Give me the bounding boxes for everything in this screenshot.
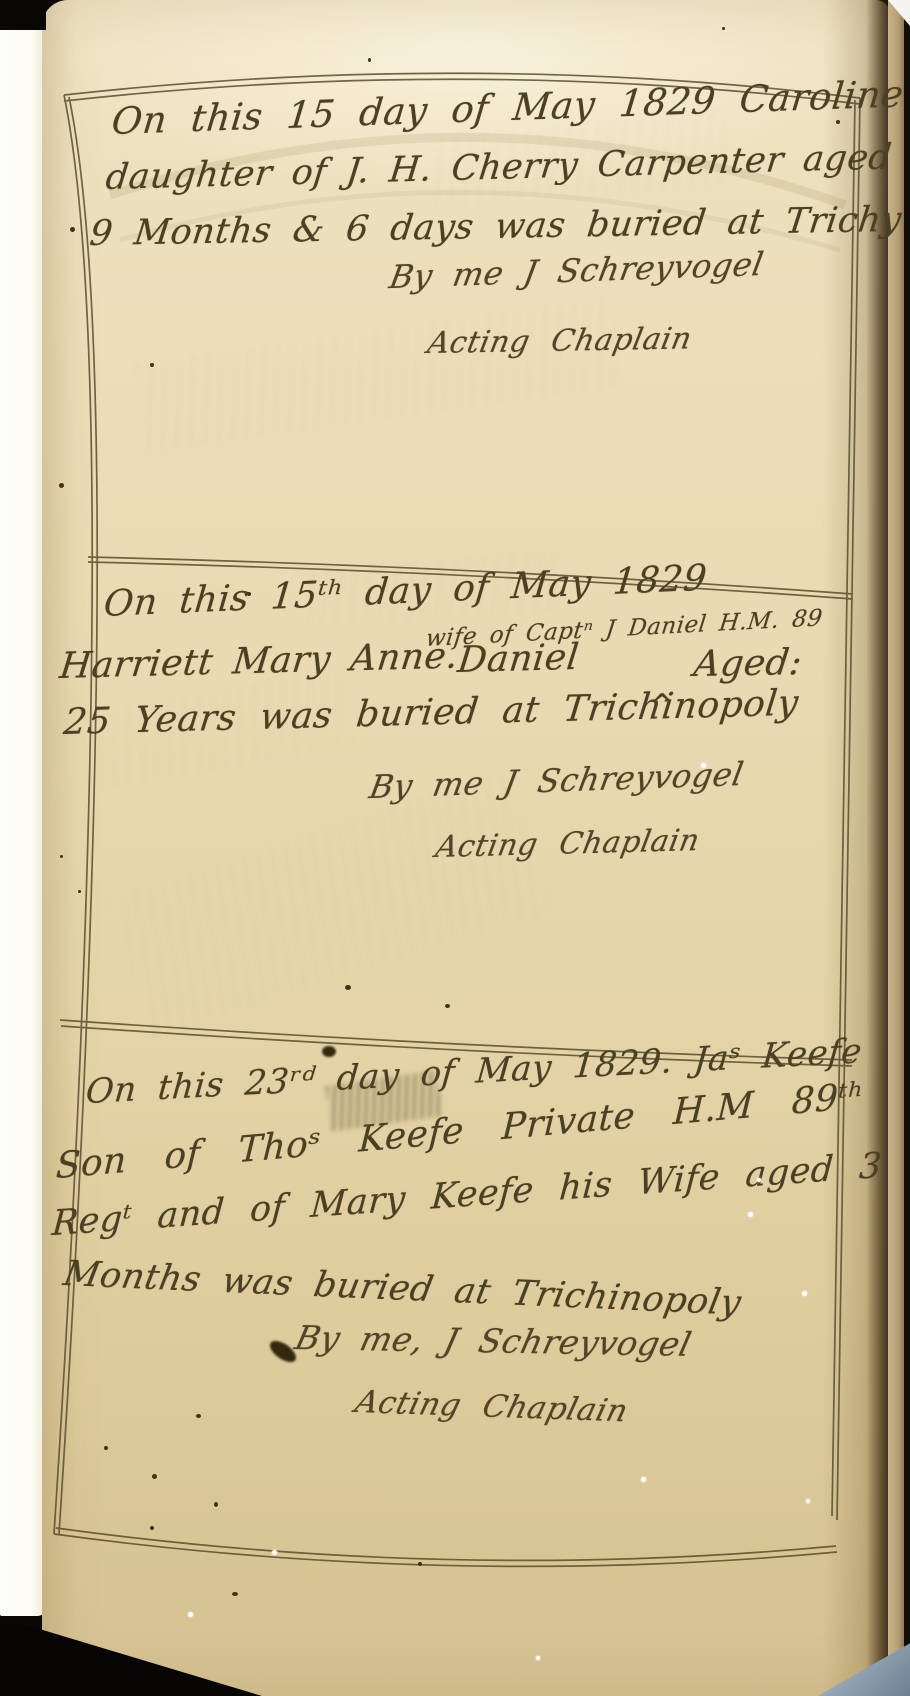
paper-glint (188, 1612, 193, 1617)
ink-speck (60, 855, 63, 858)
entry2-chaplain-title: Acting Chaplain (433, 823, 703, 865)
adjacent-page-edge (0, 26, 47, 1616)
ink-speck (70, 227, 75, 232)
ink-speck (104, 1446, 108, 1450)
paper-glint (701, 763, 706, 768)
paper-glint (641, 1477, 646, 1482)
ink-speck (152, 1474, 157, 1479)
ink-speck (78, 890, 81, 893)
binding-shadow (866, 0, 890, 1696)
paper-glint (802, 1291, 807, 1296)
ink-speck (445, 1004, 450, 1008)
entry2-aged-word: Aged: (691, 642, 804, 685)
ink-speck (214, 1502, 218, 1507)
ink-speck (59, 483, 64, 488)
ink-speck (836, 120, 840, 124)
paper-glint (748, 1212, 753, 1217)
ink-speck (150, 363, 154, 367)
paper-glint (272, 1550, 277, 1555)
ink-blot (322, 1046, 336, 1057)
paper-glint (757, 1178, 761, 1182)
entry2-surname: Daniel (456, 637, 581, 681)
top-left-background (0, 0, 46, 30)
ink-speck (247, 592, 251, 596)
entry3-signature: By me, J Schreyvogel (292, 1318, 696, 1364)
page-stack-edge (888, 0, 905, 1696)
photographed-register-scene: On this 15 day of May 1829 Caroline daug… (0, 0, 910, 1696)
entry1-chaplain-title: Acting Chaplain (425, 321, 695, 361)
paper-glint (806, 1499, 810, 1503)
right-background (904, 0, 910, 1696)
paper-glint (536, 1656, 540, 1660)
ink-speck (232, 1592, 238, 1596)
ink-speck (345, 985, 351, 990)
ink-speck (722, 27, 725, 30)
ink-speck (150, 1526, 154, 1530)
ink-speck (196, 1414, 201, 1418)
ink-speck (368, 58, 371, 62)
ink-speck (418, 1562, 422, 1566)
